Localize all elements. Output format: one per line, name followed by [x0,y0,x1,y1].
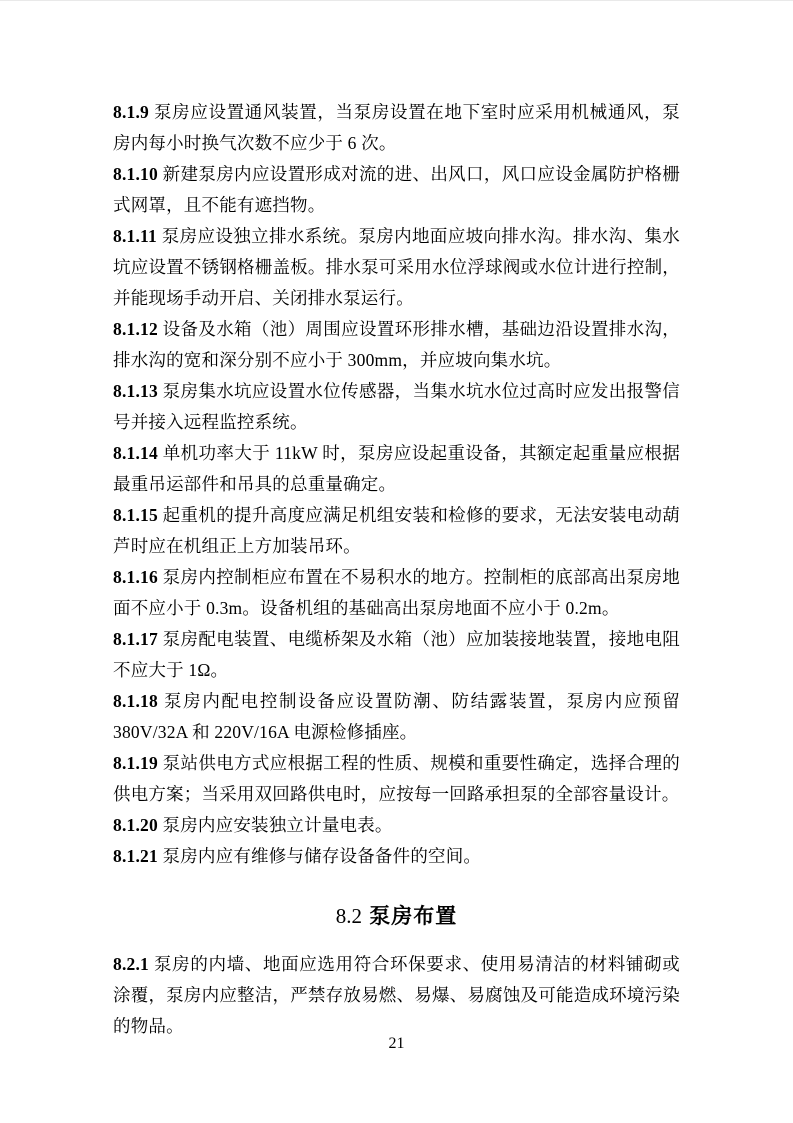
clause-text: 泵房配电装置、电缆桥架及水箱（池）应加装接地装置，接地电阻不应大于 1Ω。 [113,629,680,680]
clause-paragraph: 8.1.15 起重机的提升高度应满足机组安装和检修的要求，无法安装电动葫芦时应在… [113,500,680,562]
clause-text: 泵站供电方式应根据工程的性质、规模和重要性确定，选择合理的供电方案；当采用双回路… [113,753,680,804]
clause-paragraph: 8.1.12 设备及水箱（池）周围应设置环形排水槽，基础边沿设置排水沟，排水沟的… [113,314,680,376]
clause-paragraph: 8.1.16 泵房内控制柜应布置在不易积水的地方。控制柜的底部高出泵房地面不应小… [113,562,680,624]
clause-text: 泵房应设置通风装置，当泵房设置在地下室时应采用机械通风，泵房内每小时换气次数不应… [113,102,680,153]
clause-number: 8.1.9 [113,102,149,122]
clause-number: 8.1.13 [113,381,158,401]
document-page: 8.1.9 泵房应设置通风装置，当泵房设置在地下室时应采用机械通风，泵房内每小时… [0,0,793,1123]
clause-number: 8.1.21 [113,846,158,866]
clause-paragraph: 8.1.13 泵房集水坑应设置水位传感器，当集水坑水位过高时应发出报警信号并接入… [113,376,680,438]
clause-paragraph: 8.2.1 泵房的内墙、地面应选用符合环保要求、使用易清洁的材料铺砌或涂覆，泵房… [113,949,680,1042]
clause-text: 泵房内应安装独立计量电表。 [163,815,393,835]
clause-number: 8.2.1 [113,954,149,974]
clause-paragraph: 8.1.14 单机功率大于 11kW 时，泵房应设起重设备，其额定起重量应根据最… [113,438,680,500]
clause-paragraph: 8.1.11 泵房应设独立排水系统。泵房内地面应坡向排水沟。排水沟、集水坑应设置… [113,221,680,314]
clause-text: 单机功率大于 11kW 时，泵房应设起重设备，其额定起重量应根据最重吊运部件和吊… [113,443,680,494]
clause-paragraph: 8.1.10 新建泵房内应设置形成对流的进、出风口，风口应设金属防护格栅式网罩，… [113,159,680,221]
clause-number: 8.1.18 [113,691,158,711]
clause-number: 8.1.17 [113,629,158,649]
clause-paragraph: 8.1.9 泵房应设置通风装置，当泵房设置在地下室时应采用机械通风，泵房内每小时… [113,97,680,159]
section-8-2-clauses: 8.2.1 泵房的内墙、地面应选用符合环保要求、使用易清洁的材料铺砌或涂覆，泵房… [113,949,680,1042]
clause-text: 起重机的提升高度应满足机组安装和检修的要求，无法安装电动葫芦时应在机组正上方加装… [113,505,680,556]
clause-text: 泵房应设独立排水系统。泵房内地面应坡向排水沟。排水沟、集水坑应设置不锈钢格栅盖板… [113,226,680,308]
clause-paragraph: 8.1.18 泵房内配电控制设备应设置防潮、防结露装置，泵房内应预留 380V/… [113,686,680,748]
clause-text: 泵房的内墙、地面应选用符合环保要求、使用易清洁的材料铺砌或涂覆，泵房内应整洁，严… [113,954,680,1036]
clause-number: 8.1.11 [113,226,157,246]
clause-text: 泵房内配电控制设备应设置防潮、防结露装置，泵房内应预留 380V/32A 和 2… [113,691,680,742]
page-number: 21 [0,1034,793,1054]
clause-number: 8.1.15 [113,505,158,525]
clause-paragraph: 8.1.21 泵房内应有维修与储存设备备件的空间。 [113,841,680,872]
clause-text: 设备及水箱（池）周围应设置环形排水槽，基础边沿设置排水沟，排水沟的宽和深分别不应… [113,319,680,370]
clause-number: 8.1.12 [113,319,158,339]
section-heading-number: 8.2 [336,904,362,928]
clause-text: 泵房内应有维修与储存设备备件的空间。 [163,846,482,866]
section-8-1-clauses: 8.1.9 泵房应设置通风装置，当泵房设置在地下室时应采用机械通风，泵房内每小时… [113,97,680,872]
section-heading-title: 泵房布置 [369,905,457,928]
clause-number: 8.1.20 [113,815,158,835]
clause-paragraph: 8.1.19 泵站供电方式应根据工程的性质、规模和重要性确定，选择合理的供电方案… [113,748,680,810]
clause-paragraph: 8.1.20 泵房内应安装独立计量电表。 [113,810,680,841]
clause-number: 8.1.16 [113,567,158,587]
clause-text: 新建泵房内应设置形成对流的进、出风口，风口应设金属防护格栅式网罩，且不能有遮挡物… [113,164,680,215]
clause-text: 泵房内控制柜应布置在不易积水的地方。控制柜的底部高出泵房地面不应小于 0.3m。… [113,567,680,618]
clause-paragraph: 8.1.17 泵房配电装置、电缆桥架及水箱（池）应加装接地装置，接地电阻不应大于… [113,624,680,686]
clause-text: 泵房集水坑应设置水位传感器，当集水坑水位过高时应发出报警信号并接入远程监控系统。 [113,381,680,432]
section-8-2-heading: 8.2泵房布置 [113,898,680,935]
clause-number: 8.1.10 [113,164,158,184]
clause-number: 8.1.14 [113,443,158,463]
clause-number: 8.1.19 [113,753,158,773]
document-content: 8.1.9 泵房应设置通风装置，当泵房设置在地下室时应采用机械通风，泵房内每小时… [113,97,680,1042]
